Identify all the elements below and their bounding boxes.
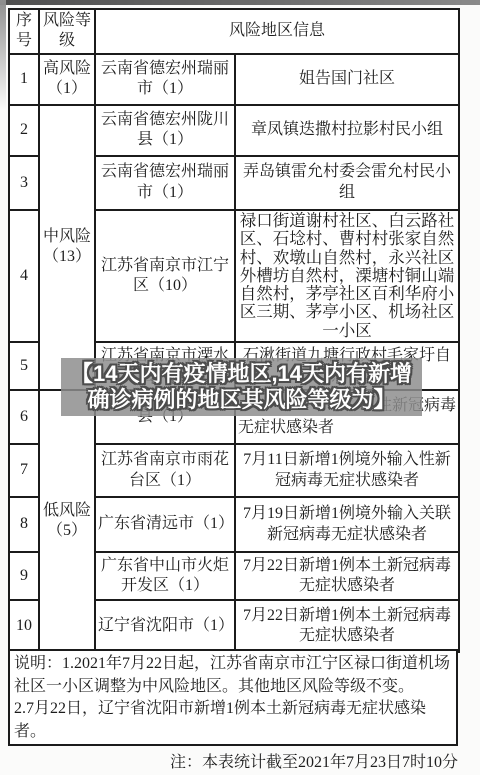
row-number: 5	[9, 342, 39, 390]
table-row-2: 2 中风险（13） 云南省德宏州陇川县（1） 章凤镇迭撒村拉影村民小组	[9, 105, 459, 156]
table-header-row: 序号 风险等级 风险地区信息	[9, 9, 459, 54]
region-cell: 云南省德宏州瑞丽市（1）	[95, 156, 235, 210]
risk-area-table: 序号 风险等级 风险地区信息 1 高风险（1） 云南省德宏州瑞丽市（1） 姐告国…	[8, 8, 460, 653]
watermark-line-2: 确诊病例的地区其风险等级为】	[87, 387, 395, 413]
region-cell: 江苏省南京市江宁区（10）	[95, 210, 235, 342]
info-cell: 7月19日新增1例境外输入关联新冠病毒无症状感染者	[235, 497, 459, 552]
photo-left-edge	[0, 0, 6, 110]
region-cell: 云南省德宏州瑞丽市（1）	[95, 54, 235, 105]
row-number: 1	[9, 54, 39, 105]
row-number: 10	[9, 600, 39, 652]
info-cell: 7月11日新增1例境外输入性新冠病毒无症状感染者	[235, 444, 459, 497]
statistics-cutoff-caption: 注：本表统计截至2021年7月23日7时10分	[8, 753, 458, 773]
note-paragraph-2: 2.7月22日，辽宁省沈阳市新增1例本土新冠病毒无症状感染者。	[14, 700, 426, 740]
watermark-line-1: 【14天内有疫情地区,14天内有新增	[71, 361, 412, 387]
info-cell: 章凤镇迭撒村拉影村民小组	[235, 105, 459, 156]
row-number: 8	[9, 497, 39, 552]
info-cell: 7月22日新增1例本土新冠病毒无症状感染者	[235, 552, 459, 600]
info-cell: 禄口街道谢村社区、白云路社区、石埝村、曹村村张家自然村、欢墩山自然村，永兴社区外…	[235, 210, 459, 342]
row-number: 3	[9, 156, 39, 210]
region-cell: 江苏省南京市雨花台区（1）	[95, 444, 235, 497]
header-risk-area-info: 风险地区信息	[95, 9, 459, 54]
region-cell: 广东省清远市（1）	[95, 497, 235, 552]
risk-level-low-cell: 低风险（5）	[39, 390, 95, 652]
info-visible-line2: 无症状感染者	[238, 417, 456, 439]
row-number: 7	[9, 444, 39, 497]
region-cell: 云南省德宏州陇川县（1）	[95, 105, 235, 156]
row-number: 4	[9, 210, 39, 342]
risk-level-medium-cell: 中风险（13）	[39, 105, 95, 390]
row-number: 9	[9, 552, 39, 600]
row-number: 2	[9, 105, 39, 156]
region-cell: 辽宁省沈阳市（1）	[95, 600, 235, 652]
photo-top-edge	[0, 0, 480, 5]
info-cell: 弄岛镇雷允村委会雷允村民小组	[235, 156, 459, 210]
header-risk-level: 风险等级	[39, 9, 95, 54]
note-paragraph-1: 说明：1.2021年7月22日起，江苏省南京市江宁区禄口街道机场社区一小区调整为…	[14, 655, 450, 695]
header-seq-no: 序号	[9, 9, 39, 54]
table-row-1: 1 高风险（1） 云南省德宏州瑞丽市（1） 姐告国门社区	[9, 54, 459, 105]
watermark-overlay: 【14天内有疫情地区,14天内有新增 确诊病例的地区其风险等级为】	[61, 358, 422, 416]
info-cell: 姐告国门社区	[235, 54, 459, 105]
screenshot-root: { "table": { "headers": { "col_num": "序号…	[0, 0, 480, 775]
explanation-note-box: 说明：1.2021年7月22日起，江苏省南京市江宁区禄口街道机场社区一小区调整为…	[8, 649, 458, 746]
risk-level-high-cell: 高风险（1）	[39, 54, 95, 105]
row-number: 6	[9, 390, 39, 444]
info-cell: 7月22日新增1例本土新冠病毒无症状感染者	[235, 600, 459, 652]
region-cell: 广东省中山市火炬开发区（1）	[95, 552, 235, 600]
